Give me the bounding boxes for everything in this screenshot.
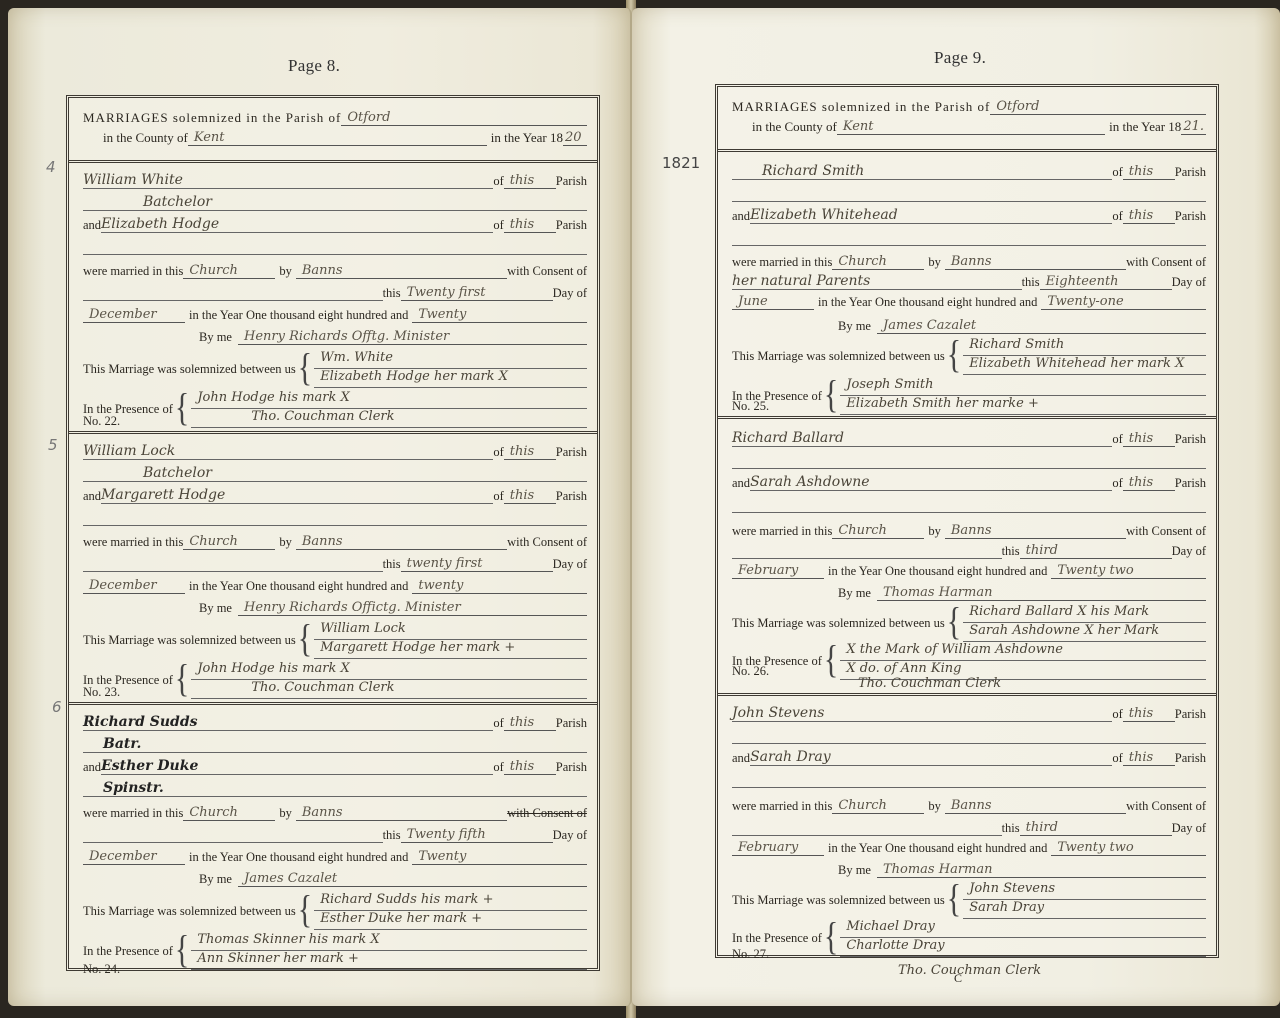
place: Church xyxy=(832,254,924,270)
label: with Consent of xyxy=(1126,524,1206,539)
label: Parish xyxy=(1175,432,1206,447)
signature: Richard Ballard X his Mark xyxy=(963,604,1206,623)
groom-name: William White xyxy=(83,172,493,189)
year-words: twenty xyxy=(412,578,587,594)
brace-icon: { xyxy=(298,898,312,924)
label: This Marriage was solemnized between us xyxy=(83,904,296,919)
banns: Banns xyxy=(296,534,507,550)
label: with Consent of xyxy=(507,806,587,821)
label: in the Year One thousand eight hundred a… xyxy=(828,841,1047,856)
label: Parish xyxy=(1175,751,1206,766)
label: This Marriage was solemnized between us xyxy=(732,616,945,631)
month: December xyxy=(83,307,185,323)
label: Parish xyxy=(1175,707,1206,722)
witness: Tho. Couchman Clerk xyxy=(191,680,587,699)
groom-parish: this xyxy=(1123,164,1175,180)
open-register-book: Page 8. 4 5 6 MARRIAGES solemnized in th… xyxy=(0,0,1280,1018)
entry-number: No. 24. xyxy=(83,962,120,977)
label: and xyxy=(83,760,101,775)
label: Day of xyxy=(553,828,587,843)
brace-icon: { xyxy=(175,396,189,422)
label: were married in this xyxy=(83,264,183,279)
witness: John Hodge his mark X xyxy=(191,661,587,680)
parish-field: Otford xyxy=(341,110,587,126)
label: Day of xyxy=(1172,821,1206,836)
banns: Banns xyxy=(296,263,507,279)
banns: Banns xyxy=(945,254,1126,270)
groom-status xyxy=(732,468,1206,469)
groom-status xyxy=(732,743,1206,744)
bride-parish: this xyxy=(1123,208,1175,224)
year-words: Twenty xyxy=(412,849,587,865)
year-field: 20 xyxy=(563,130,587,146)
bride-name: Elizabeth Whitehead xyxy=(750,207,1112,224)
signature: Sarah Dray xyxy=(963,900,1206,919)
groom-name: William Lock xyxy=(83,443,493,460)
label: This Marriage was solemnized between us xyxy=(83,362,296,377)
brace-icon: { xyxy=(947,343,961,369)
parish-field: Otford xyxy=(990,99,1206,115)
label: Parish xyxy=(556,716,587,731)
banns: Banns xyxy=(945,523,1126,539)
page-number-heading: Page 8. xyxy=(288,56,340,76)
witness: Ann Skinner her mark + xyxy=(191,951,587,970)
witness: John Hodge his mark X xyxy=(191,390,587,409)
label: This Marriage was solemnized between us xyxy=(732,349,945,364)
witness: X the Mark of William Ashdowne xyxy=(840,642,1206,661)
minister: James Cazalet xyxy=(877,318,1206,334)
label: of xyxy=(493,760,503,775)
month: December xyxy=(83,849,185,865)
signature: Margarett Hodge her mark + xyxy=(314,640,587,659)
month: June xyxy=(732,294,814,310)
label: in the Year One thousand eight hundred a… xyxy=(189,850,408,865)
label: Parish xyxy=(1175,209,1206,224)
place: Church xyxy=(183,534,275,550)
minister: Thomas Harman xyxy=(877,862,1206,878)
label: of xyxy=(1112,707,1122,722)
label: Day of xyxy=(1172,544,1206,559)
bride-status xyxy=(732,245,1206,246)
page-number-heading: Page 9. xyxy=(934,48,986,68)
day: third xyxy=(1020,820,1172,836)
label: this xyxy=(1022,275,1040,290)
groom-name: Richard Ballard xyxy=(732,430,1112,447)
brace-icon: { xyxy=(824,383,838,409)
register-header: MARRIAGES solemnized in the Parish of Ot… xyxy=(718,87,1216,152)
bride-name: Margarett Hodge xyxy=(101,487,493,504)
witness: Charlotte Dray xyxy=(840,938,1206,957)
banns: Banns xyxy=(945,798,1126,814)
place: Church xyxy=(183,263,275,279)
bride-name: Elizabeth Hodge xyxy=(101,216,493,233)
groom-parish: this xyxy=(504,444,556,460)
bride-status: Spinstr. xyxy=(83,780,587,797)
bride-status xyxy=(732,787,1206,788)
label: By me xyxy=(838,319,871,334)
marriage-entry: Richard SmithofthisParish andElizabeth W… xyxy=(718,152,1216,419)
bride-parish: this xyxy=(504,217,556,233)
label: with Consent of xyxy=(1126,255,1206,270)
day: Twenty fifth xyxy=(401,827,553,843)
margin-note: 4 xyxy=(46,158,56,176)
label: In the Presence of xyxy=(732,931,822,946)
minister: Thomas Harman xyxy=(877,585,1206,601)
marriage-entry: William LockofthisParish Batchelor andMa… xyxy=(69,434,597,705)
label: in the Year One thousand eight hundred a… xyxy=(189,308,408,323)
label: Parish xyxy=(556,218,587,233)
label: of xyxy=(493,716,503,731)
label: in the Year One thousand eight hundred a… xyxy=(189,579,408,594)
minister: James Cazalet xyxy=(238,871,587,887)
banns: Banns xyxy=(296,805,507,821)
signature-mark: C xyxy=(954,971,962,986)
label: by xyxy=(279,264,292,279)
witness: Michael Dray xyxy=(840,919,1206,938)
header-label: in the County of xyxy=(752,119,837,135)
witness: Elizabeth Smith her marke + xyxy=(840,396,1206,415)
entry-number: No. 26. xyxy=(732,664,769,679)
label: this xyxy=(383,828,401,843)
label: of xyxy=(1112,476,1122,491)
bride-status xyxy=(83,254,587,255)
brace-icon: { xyxy=(175,938,189,964)
margin-note: 5 xyxy=(48,436,58,454)
label: Parish xyxy=(556,445,587,460)
label: this xyxy=(383,286,401,301)
place: Church xyxy=(832,798,924,814)
label: By me xyxy=(199,872,232,887)
entry-number: No. 23. xyxy=(83,685,120,700)
signature: Sarah Ashdowne X her Mark xyxy=(963,623,1206,642)
marriage-entry: Richard SuddsofthisParish Batr. andEsthe… xyxy=(69,705,597,973)
clerk-note: Tho. Couchman Clerk xyxy=(858,676,1001,691)
label: by xyxy=(928,524,941,539)
groom-status: Batr. xyxy=(83,736,587,753)
groom-parish: this xyxy=(504,715,556,731)
label: with Consent of xyxy=(507,264,587,279)
witness: Thomas Skinner his mark X xyxy=(191,932,587,951)
label: were married in this xyxy=(732,255,832,270)
label: of xyxy=(493,489,503,504)
label: with Consent of xyxy=(507,535,587,550)
signature: Richard Smith xyxy=(963,337,1206,356)
county-field: Kent xyxy=(837,119,1105,135)
groom-status: Batchelor xyxy=(83,194,587,211)
signature: William Lock xyxy=(314,621,587,640)
groom-name: John Stevens xyxy=(732,705,1112,722)
county-field: Kent xyxy=(188,130,487,146)
consent-of xyxy=(83,300,383,301)
bride-parish: this xyxy=(1123,750,1175,766)
year-words: Twenty xyxy=(412,307,587,323)
signature: John Stevens xyxy=(963,881,1206,900)
marriage-entry: Richard BallardofthisParish andSarah Ash… xyxy=(718,419,1216,696)
consent-of xyxy=(83,571,383,572)
groom-parish: this xyxy=(1123,706,1175,722)
day: twenty first xyxy=(401,556,553,572)
label: Parish xyxy=(556,760,587,775)
marriage-register-form: MARRIAGES solemnized in the Parish of Ot… xyxy=(715,84,1219,958)
groom-parish: this xyxy=(1123,431,1175,447)
signature: Wm. White xyxy=(314,350,587,369)
groom-name: Richard Sudds xyxy=(83,714,493,731)
year-words: Twenty-one xyxy=(1041,294,1206,310)
label: this xyxy=(1002,544,1020,559)
marriage-entry: John StevensofthisParish andSarah Drayof… xyxy=(718,696,1216,964)
groom-status: Batchelor xyxy=(83,465,587,482)
label: of xyxy=(493,445,503,460)
label: Day of xyxy=(553,286,587,301)
month: February xyxy=(732,840,824,856)
label: By me xyxy=(199,330,232,345)
marriage-register-form: MARRIAGES solemnized in the Parish of Ot… xyxy=(66,95,600,971)
brace-icon: { xyxy=(824,648,838,674)
brace-icon: { xyxy=(298,627,312,653)
signature: Richard Sudds his mark + xyxy=(314,892,587,911)
label: of xyxy=(1112,209,1122,224)
label: in the Year One thousand eight hundred a… xyxy=(818,295,1037,310)
label: This Marriage was solemnized between us xyxy=(83,633,296,648)
consent-of: her natural Parents xyxy=(732,273,1022,290)
header-label: MARRIAGES solemnized in the Parish of xyxy=(83,110,341,126)
minister: Henry Richards Offictg. Minister xyxy=(238,600,587,616)
witness: Tho. Couchman Clerk xyxy=(191,409,587,428)
bride-status xyxy=(732,512,1206,513)
brace-icon: { xyxy=(947,610,961,636)
label: Parish xyxy=(556,174,587,189)
marriage-entry: William WhiteofthisParish Batchelor andE… xyxy=(69,163,597,434)
consent-of xyxy=(83,842,383,843)
day: third xyxy=(1020,543,1172,559)
day: Twenty first xyxy=(401,285,553,301)
bride-status xyxy=(83,525,587,526)
label: Parish xyxy=(556,489,587,504)
brace-icon: { xyxy=(947,887,961,913)
label: were married in this xyxy=(83,535,183,550)
header-label: in the County of xyxy=(103,130,188,146)
label: of xyxy=(1112,165,1122,180)
month: February xyxy=(732,563,824,579)
label: by xyxy=(928,255,941,270)
label: In the Presence of xyxy=(83,944,173,959)
label: and xyxy=(732,476,750,491)
label: and xyxy=(732,751,750,766)
label: by xyxy=(279,535,292,550)
left-page: Page 8. 4 5 6 MARRIAGES solemnized in th… xyxy=(8,8,632,1006)
year-words: Twenty two xyxy=(1051,840,1206,856)
brace-icon: { xyxy=(824,925,838,951)
year-field: 21. xyxy=(1181,119,1206,135)
brace-icon: { xyxy=(298,356,312,382)
clerk-note: Tho. Couchman Clerk xyxy=(898,963,1041,978)
label: with Consent of xyxy=(1126,799,1206,814)
bride-parish: this xyxy=(504,488,556,504)
label: were married in this xyxy=(83,806,183,821)
register-header: MARRIAGES solemnized in the Parish of Ot… xyxy=(69,98,597,163)
label: and xyxy=(83,489,101,504)
place: Church xyxy=(183,805,275,821)
bride-name: Sarah Ashdowne xyxy=(750,474,1112,491)
label: of xyxy=(1112,432,1122,447)
witness: Joseph Smith xyxy=(840,377,1206,396)
label: this xyxy=(383,557,401,572)
label: Parish xyxy=(1175,165,1206,180)
bride-parish: this xyxy=(1123,475,1175,491)
day: Eighteenth xyxy=(1040,274,1172,290)
brace-icon: { xyxy=(175,667,189,693)
label: Day of xyxy=(553,557,587,572)
label: By me xyxy=(199,601,232,616)
label: this xyxy=(1002,821,1020,836)
groom-status xyxy=(732,201,1206,202)
label: in the Year One thousand eight hundred a… xyxy=(828,564,1047,579)
bride-parish: this xyxy=(504,759,556,775)
label: of xyxy=(1112,751,1122,766)
entry-number: No. 25. xyxy=(732,399,769,414)
label: By me xyxy=(838,863,871,878)
label: Parish xyxy=(1175,476,1206,491)
margin-note: 6 xyxy=(52,698,62,716)
bride-name: Sarah Dray xyxy=(750,749,1112,766)
label: by xyxy=(279,806,292,821)
entry-number: No. 27. xyxy=(732,947,769,962)
year-label: in the Year 18 xyxy=(1109,119,1181,135)
signature: Elizabeth Whitehead her mark X xyxy=(963,356,1206,375)
right-page: Page 9. 1821 MARRIAGES solemnized in the… xyxy=(632,8,1280,1006)
label: of xyxy=(493,174,503,189)
margin-note: 1821 xyxy=(662,154,700,172)
entry-number: No. 22. xyxy=(83,414,120,429)
label: and xyxy=(83,218,101,233)
label: and xyxy=(732,209,750,224)
signature: Elizabeth Hodge her mark X xyxy=(314,369,587,388)
year-words: Twenty two xyxy=(1051,563,1206,579)
groom-name: Richard Smith xyxy=(732,163,1112,180)
label: This Marriage was solemnized between us xyxy=(732,893,945,908)
label: of xyxy=(493,218,503,233)
label: were married in this xyxy=(732,799,832,814)
place: Church xyxy=(832,523,924,539)
label: by xyxy=(928,799,941,814)
header-label: MARRIAGES solemnized in the Parish of xyxy=(732,99,990,115)
minister: Henry Richards Offtg. Minister xyxy=(238,329,587,345)
label: By me xyxy=(838,586,871,601)
month: December xyxy=(83,578,185,594)
label: Day of xyxy=(1172,275,1206,290)
signature: Esther Duke her mark + xyxy=(314,911,587,930)
year-label: in the Year 18 xyxy=(491,130,563,146)
bride-name: Esther Duke xyxy=(101,758,493,775)
groom-parish: this xyxy=(504,173,556,189)
label: were married in this xyxy=(732,524,832,539)
